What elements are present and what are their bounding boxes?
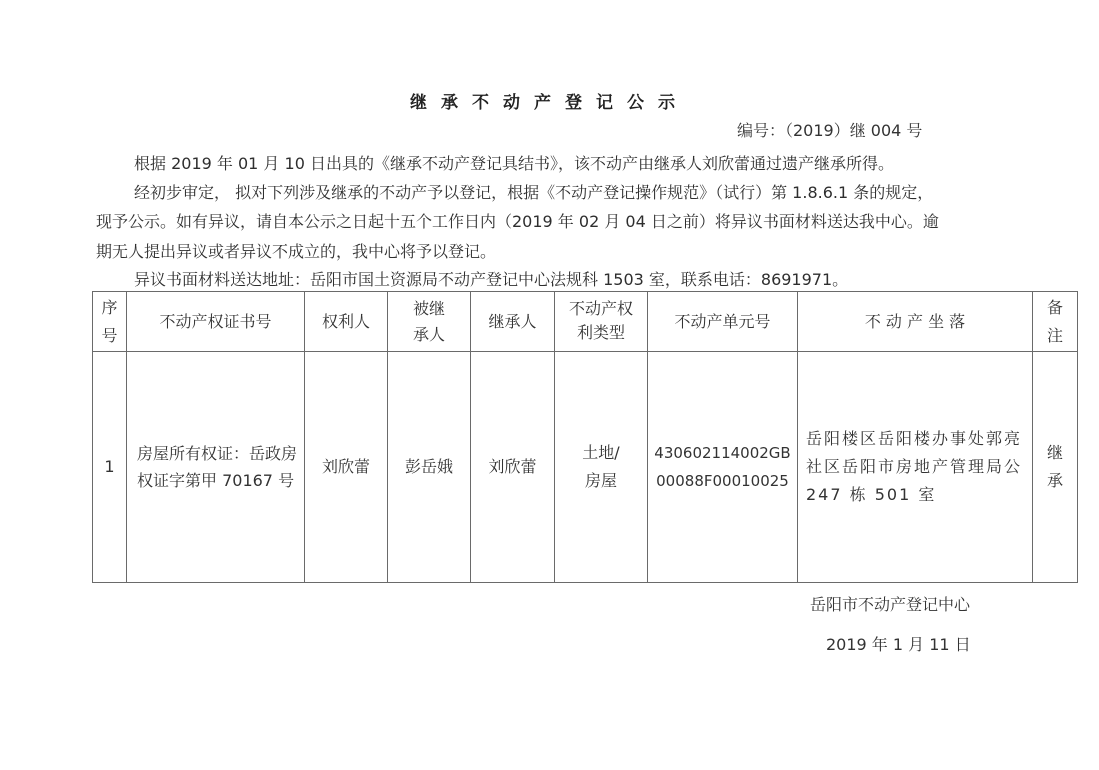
header-decedent: 被继承人 [388,292,471,352]
paragraph-review-line-1: 经初步审定， 拟对下列涉及继承的不动产予以登记，根据《不动产登记操作规范》（试行… [134,180,933,203]
cell-unit-no: 430602114002GB00088F00010025 [648,352,798,583]
cell-right-type: 土地/房屋 [555,352,648,583]
document-title: 继承不动产登记公示 [0,88,1099,113]
cell-remark: 继承 [1033,352,1078,583]
cell-seq: 1 [93,352,127,583]
paragraph-objection-address: 异议书面材料送达地址：岳阳市国土资源局不动产登记中心法规科 1503 室，联系电… [134,267,848,290]
header-location: 不 动 产 坐 落 [798,292,1033,352]
cell-right-holder: 刘欣蕾 [305,352,388,583]
paragraph-review-line-3: 期无人提出异议或者异议不成立的，我中心将予以登记。 [96,239,496,262]
serial-number: 编号：（2019）继 004 号 [737,118,922,141]
header-right-type: 不动产权利类型 [555,292,648,352]
cell-cert-no: 房屋所有权证：岳政房权证字第甲 70167 号 [127,352,305,583]
signature-organization: 岳阳市不动产登记中心 [810,592,970,615]
header-unit-no: 不动产单元号 [648,292,798,352]
paragraph-basis: 根据 2019 年 01 月 10 日出具的《继承不动产登记具结书》，该不动产由… [134,151,894,174]
table-row: 1 房屋所有权证：岳政房权证字第甲 70167 号 刘欣蕾 彭岳娥 刘欣蕾 土地… [93,352,1078,583]
registration-table: 序号 不动产权证书号 权利人 被继承人 继承人 不动产权利类型 不动产单元号 不… [92,291,1077,582]
paragraph-review-line-2: 现予公示。如有异议，请自本公示之日起十五个工作日内（2019 年 02 月 04… [96,209,939,232]
signature-date: 2019 年 1 月 11 日 [826,632,971,655]
cell-decedent: 彭岳娥 [388,352,471,583]
header-seq: 序号 [93,292,127,352]
cell-location: 岳阳楼区岳阳楼办事处郭亮社区岳阳市房地产管理局公 247 栋 501 室 [798,352,1033,583]
cell-heir: 刘欣蕾 [471,352,555,583]
header-heir: 继承人 [471,292,555,352]
table-header-row: 序号 不动产权证书号 权利人 被继承人 继承人 不动产权利类型 不动产单元号 不… [93,292,1078,352]
header-cert-no: 不动产权证书号 [127,292,305,352]
header-remark: 备注 [1033,292,1078,352]
header-right-holder: 权利人 [305,292,388,352]
